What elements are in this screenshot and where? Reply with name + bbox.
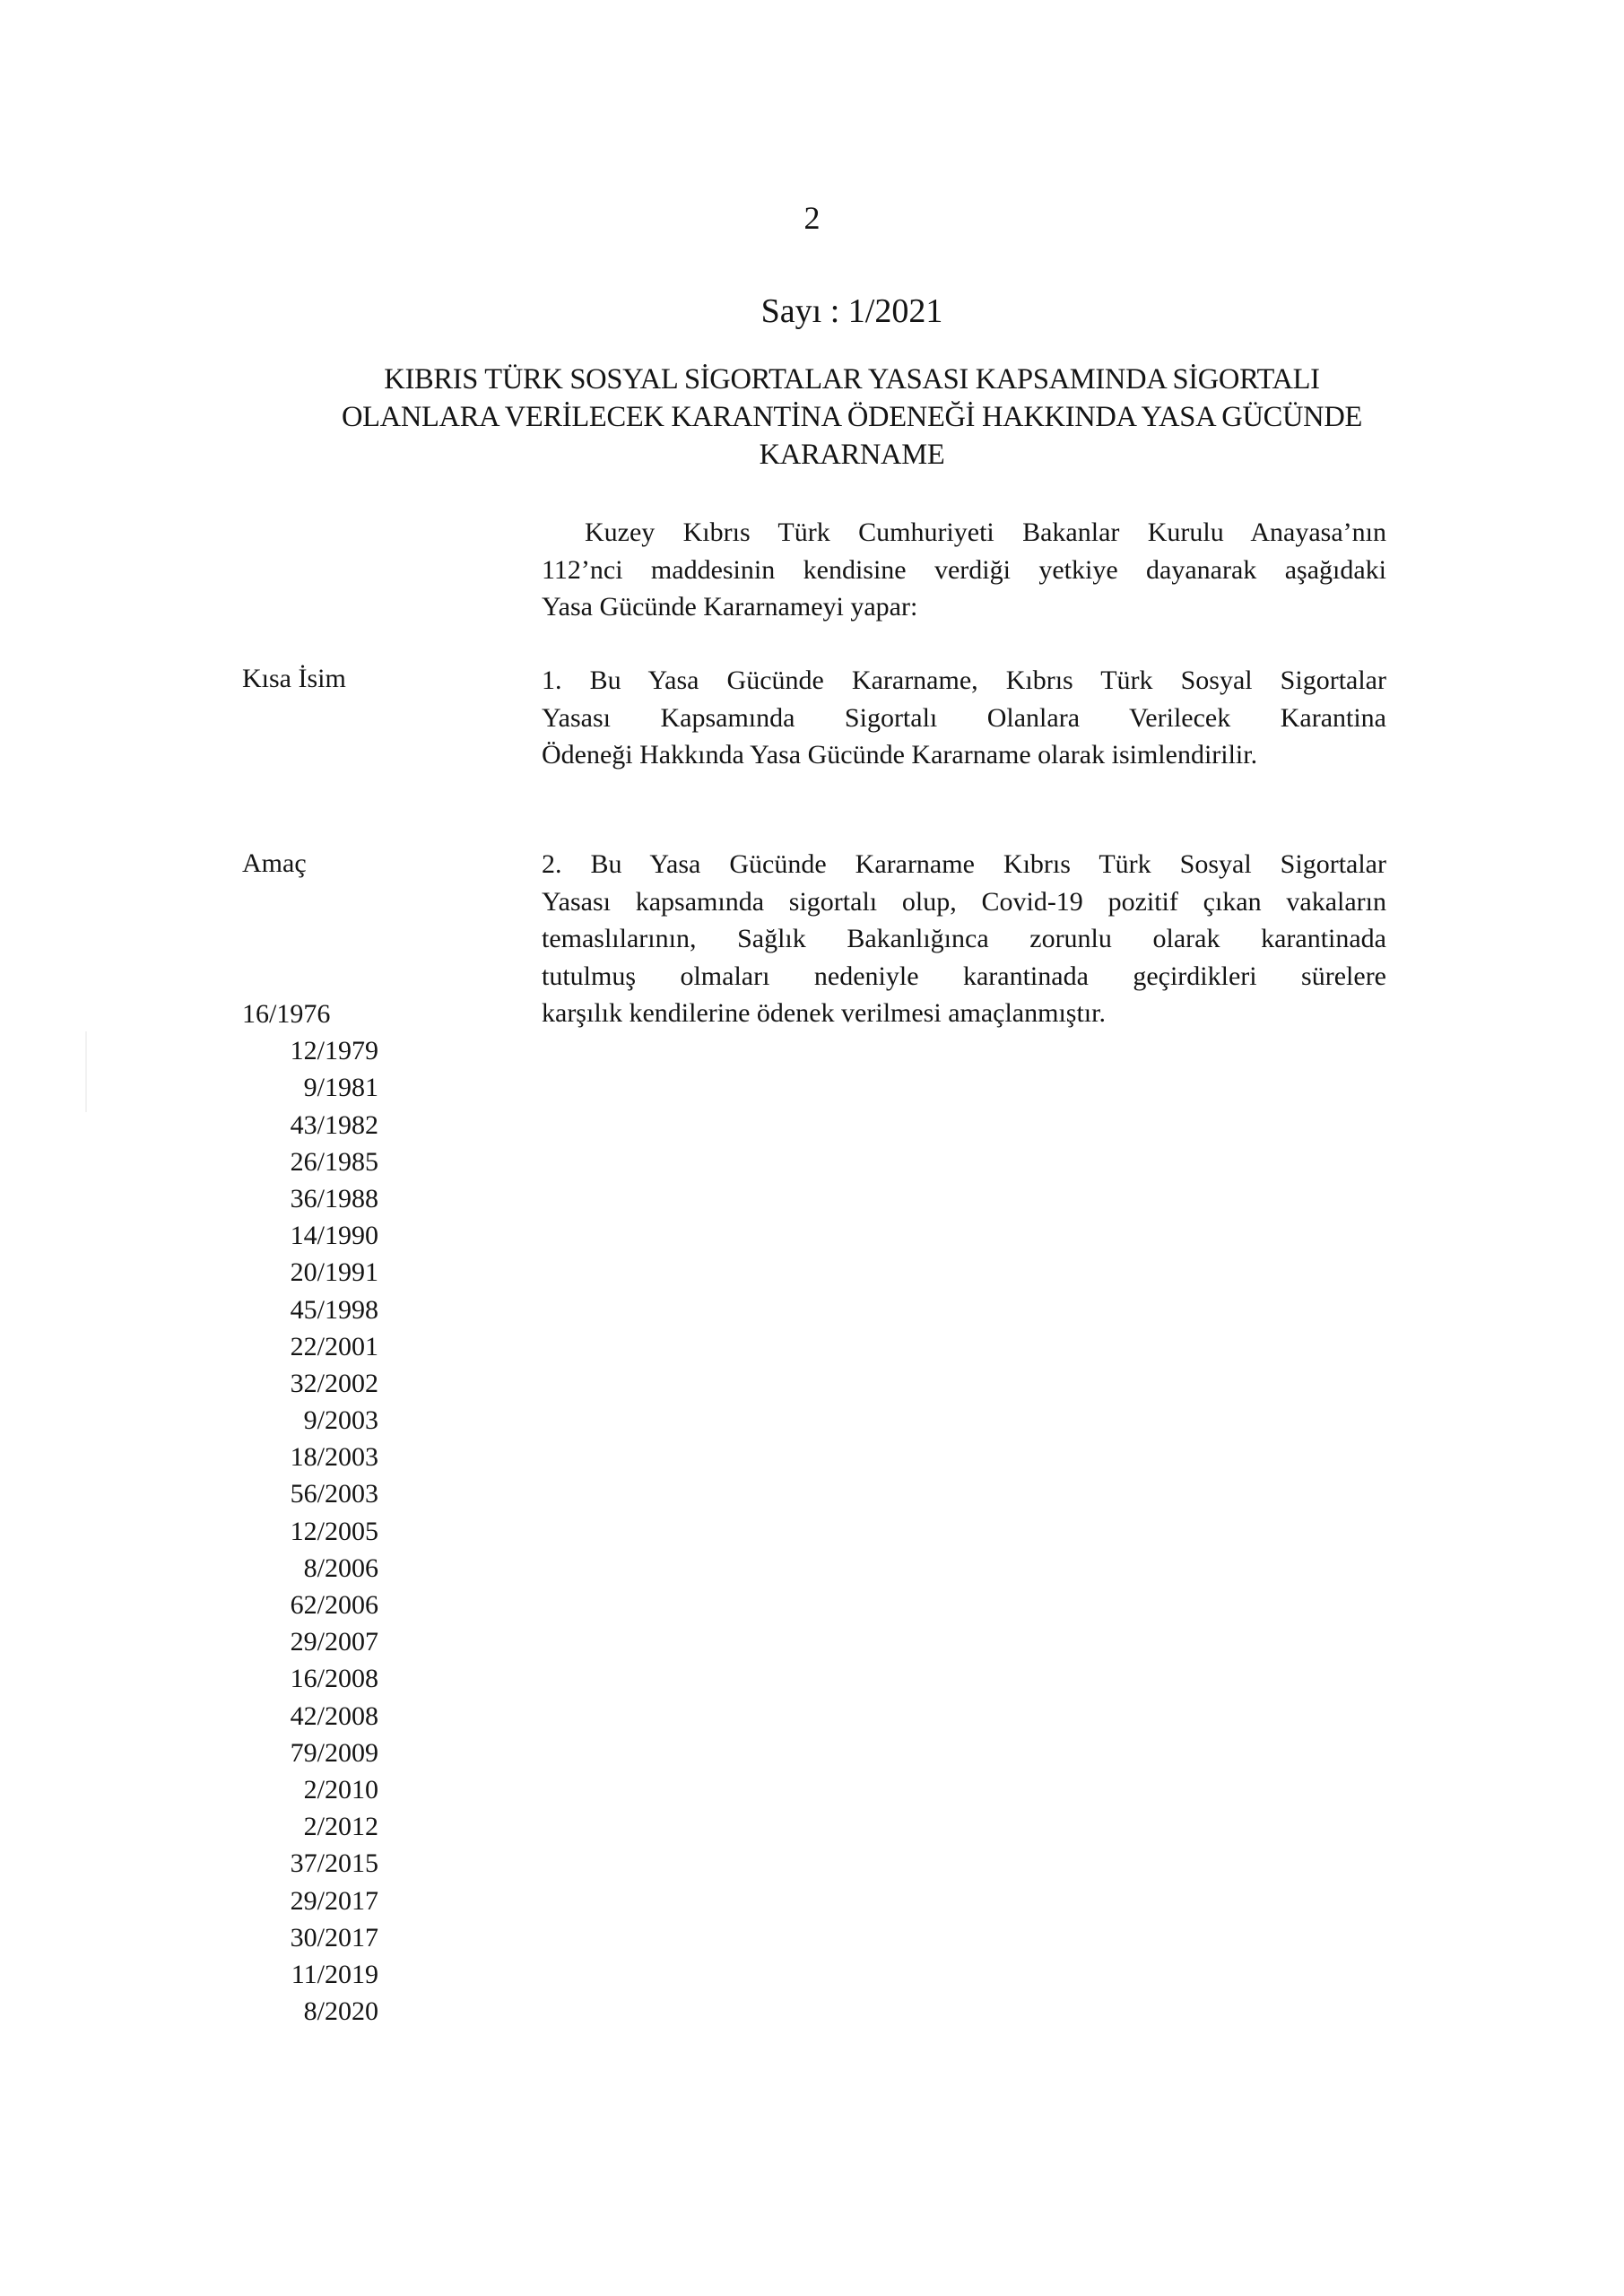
law-reference: 32/2002 <box>242 1365 378 1402</box>
section-label-purpose: Amaç <box>242 848 307 879</box>
law-reference: 30/2017 <box>242 1919 378 1956</box>
section-line: temaslılarının, Sağlık Bakanlığınca zoru… <box>542 920 1386 958</box>
law-reference: 45/1998 <box>242 1291 378 1328</box>
title-line: KARARNAME <box>269 436 1435 474</box>
law-reference: 37/2015 <box>242 1845 378 1882</box>
section-line: tutulmuş olmaları nedeniyle karantinada … <box>542 958 1386 996</box>
section-line: Yasası Kapsamında Sigortalı Olanlara Ver… <box>542 700 1386 737</box>
section-line: 1. Bu Yasa Gücünde Kararname, Kıbrıs Tür… <box>542 662 1386 700</box>
law-reference: 9/2003 <box>242 1402 378 1439</box>
law-reference: 8/2006 <box>242 1550 378 1587</box>
preamble-line: Yasa Gücünde Kararnameyi yapar: <box>542 588 1386 626</box>
law-reference: 9/1981 <box>242 1069 378 1106</box>
law-reference: 2/2012 <box>242 1808 378 1845</box>
law-reference: 14/1990 <box>242 1217 378 1254</box>
section-line: 2. Bu Yasa Gücünde Kararname Kıbrıs Türk… <box>542 846 1386 883</box>
law-reference: 36/1988 <box>242 1180 378 1217</box>
preamble: Kuzey Kıbrıs Türk Cumhuriyeti Bakanlar K… <box>542 514 1386 626</box>
title-line: OLANLARA VERİLECEK KARANTİNA ÖDENEĞİ HAK… <box>269 398 1435 436</box>
law-reference: 22/2001 <box>242 1328 378 1365</box>
law-reference: 29/2007 <box>242 1623 378 1660</box>
law-reference: 11/2019 <box>242 1956 378 1993</box>
section-1-body: 1. Bu Yasa Gücünde Kararname, Kıbrıs Tür… <box>542 662 1386 774</box>
law-reference: 20/1991 <box>242 1254 378 1291</box>
law-reference: 56/2003 <box>242 1475 378 1512</box>
law-reference: 42/2008 <box>242 1698 378 1735</box>
law-reference: 43/1982 <box>242 1107 378 1144</box>
law-reference: 29/2017 <box>242 1883 378 1919</box>
preamble-line: 112’nci maddesinin kendisine verdiği yet… <box>542 552 1386 589</box>
section-line: Yasası kapsamında sigortalı olup, Covid-… <box>542 883 1386 921</box>
law-reference: 16/2008 <box>242 1660 378 1697</box>
law-reference: 8/2020 <box>242 1993 378 2030</box>
law-reference: 12/2005 <box>242 1513 378 1550</box>
section-label-short-name: Kısa İsim <box>242 664 346 694</box>
section-line: Ödeneği Hakkında Yasa Gücünde Kararname … <box>542 736 1386 774</box>
preamble-line: Kuzey Kıbrıs Türk Cumhuriyeti Bakanlar K… <box>542 514 1386 552</box>
law-reference: 79/2009 <box>242 1735 378 1771</box>
law-reference: 2/2010 <box>242 1771 378 1808</box>
page-number: 2 <box>0 199 1624 237</box>
scan-artifact <box>85 1031 87 1112</box>
law-reference: 62/2006 <box>242 1587 378 1623</box>
law-reference: 12/1979 <box>242 1032 378 1069</box>
law-reference: 18/2003 <box>242 1439 378 1475</box>
section-line: karşılık kendilerine ödenek verilmesi am… <box>542 995 1386 1032</box>
law-references-list: 16/197612/19799/198143/198226/198536/198… <box>242 996 378 2030</box>
issue-number: Sayı : 1/2021 <box>0 291 1624 331</box>
law-reference: 16/1976 <box>242 996 378 1032</box>
law-reference: 26/1985 <box>242 1144 378 1180</box>
document-title: KIBRIS TÜRK SOSYAL SİGORTALAR YASASI KAP… <box>269 361 1435 474</box>
title-line: KIBRIS TÜRK SOSYAL SİGORTALAR YASASI KAP… <box>269 361 1435 398</box>
section-2-body: 2. Bu Yasa Gücünde Kararname Kıbrıs Türk… <box>542 846 1386 1032</box>
